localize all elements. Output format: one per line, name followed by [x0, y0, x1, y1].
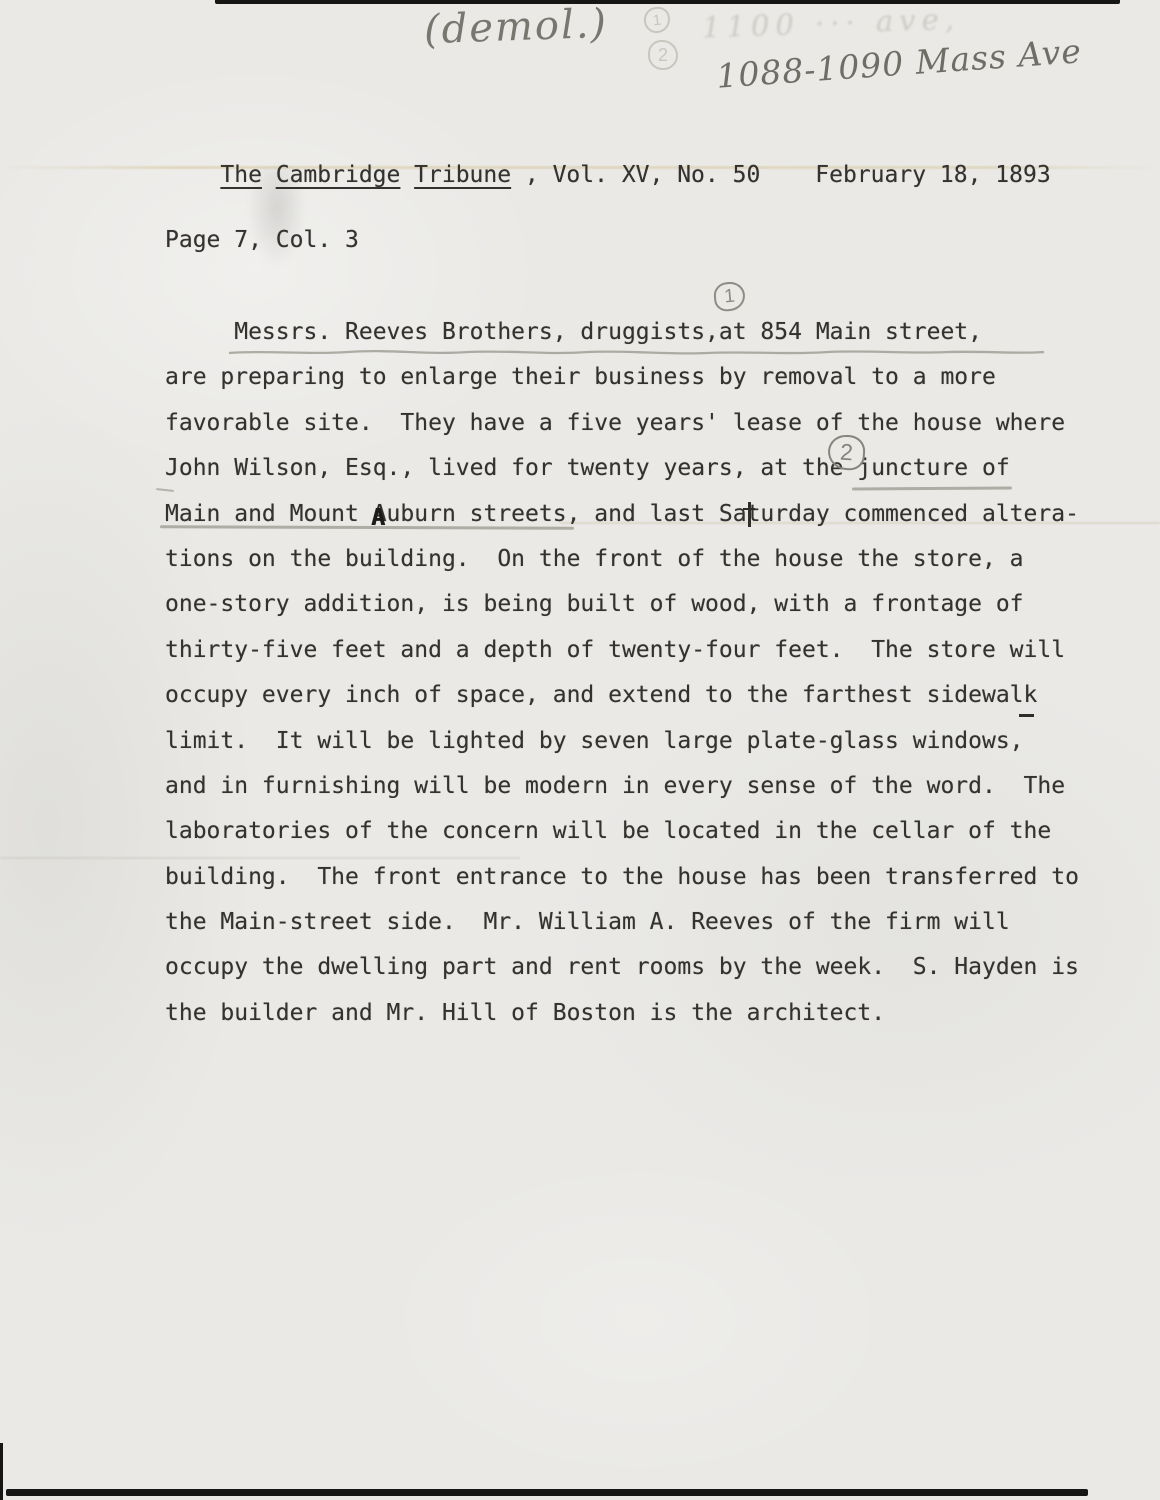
typed-line: Main and Mount Auburn streets, and last …	[165, 492, 1105, 537]
typed-line: occupy the dwelling part and rent rooms …	[165, 945, 1105, 990]
typed-line: tions on the building. On the front of t…	[165, 537, 1105, 582]
typed-line: John Wilson, Esq., lived for twenty year…	[165, 446, 1105, 491]
volume-issue: , Vol. XV, No. 50	[525, 162, 760, 188]
newspaper-title-word: The	[220, 162, 262, 188]
typed-line: one-story addition, is being built of wo…	[165, 582, 1105, 627]
pencil-circled-number-1: 1	[713, 281, 746, 313]
erased-handwritten-note: 1100 ··· ave,	[701, 2, 960, 45]
typed-line: the Main-street side. Mr. William A. Ree…	[165, 900, 1105, 945]
overstruck-letter-a: A	[371, 496, 385, 541]
pencil-wavy-underline	[228, 347, 1046, 359]
page-column-reference: Page 7, Col. 3	[165, 227, 359, 253]
typed-line: are preparing to enlarge their business …	[165, 355, 1105, 400]
typed-line: thirty-five feet and a depth of twenty-f…	[165, 628, 1105, 673]
typed-line: occupy every inch of space, and extend t…	[165, 673, 1105, 718]
typed-underline-k	[1019, 714, 1034, 717]
document-header: TheCambridgeTribune, Vol. XV, No. 50Febr…	[165, 136, 1051, 214]
handwritten-demolished-note: (demol.)	[423, 1, 609, 53]
article-body: Messrs. Reeves Brothers, druggists,at 85…	[165, 310, 1105, 1036]
newspaper-title-word: Cambridge	[276, 162, 401, 188]
faint-circled-number-2: 2	[648, 40, 678, 70]
typed-line: favorable site. They have a five years' …	[165, 401, 1105, 446]
scan-edge-bottom	[6, 1489, 1088, 1496]
faint-circled-number-1: 1	[643, 6, 672, 35]
scanned-document-page: (demol.) 1 2 1100 ··· ave, 1088-1090 Mas…	[0, 0, 1160, 1500]
scan-edge-top	[215, 0, 1120, 4]
typed-line: building. The front entrance to the hous…	[165, 855, 1105, 900]
typed-line: and in furnishing will be modern in ever…	[165, 764, 1105, 809]
typed-line: laboratories of the concern will be loca…	[165, 809, 1105, 854]
overstrike-mark-saturday	[748, 502, 751, 527]
scan-edge-left	[0, 1443, 3, 1500]
newspaper-title-word: Tribune	[414, 162, 511, 188]
typed-line: the builder and Mr. Hill of Boston is th…	[165, 991, 1105, 1036]
publication-date: February 18, 1893	[815, 162, 1050, 188]
typed-line: limit. It will be lighted by seven large…	[165, 719, 1105, 764]
overstrike-mark-saturday-bar	[743, 508, 755, 510]
